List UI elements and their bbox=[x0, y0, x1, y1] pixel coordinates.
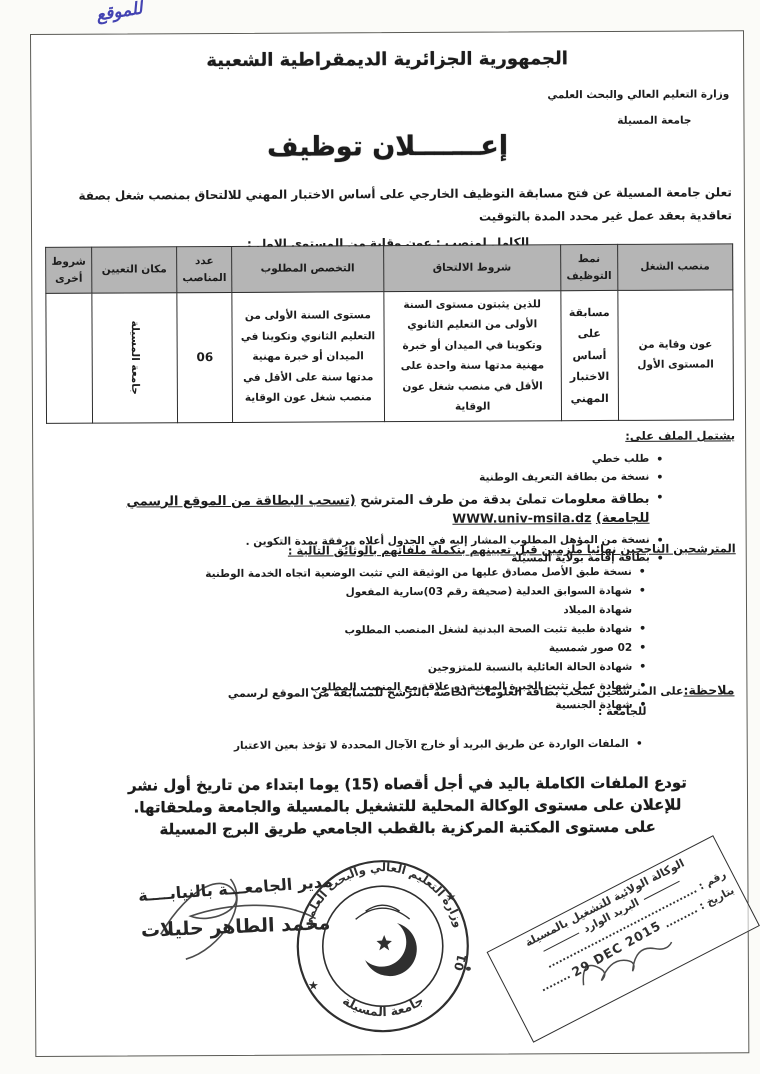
deposit-instructions: تودع الملفات الكاملة باليد في أجل أقصاه … bbox=[125, 773, 690, 841]
table-row: عون وقاية من المستوى الأول مسابقة على أس… bbox=[46, 290, 734, 423]
dossier-section-title: يشتمل الملف على: bbox=[625, 428, 735, 443]
cell-conditions: للذين يثبتون مستوى السنة الأولى من التعل… bbox=[383, 291, 561, 422]
remark-line-2: للجامعة : bbox=[598, 705, 647, 718]
cell-position: عون وقاية من المستوى الأول bbox=[618, 290, 734, 420]
ministry-line: وزارة التعليم العالي والبحث العلمي bbox=[547, 88, 729, 101]
svg-text:جامعة المسيلة: جامعة المسيلة bbox=[340, 992, 426, 1019]
cell-count: 06 bbox=[177, 292, 233, 422]
star-icon: ★ bbox=[445, 890, 456, 904]
list-item: شهادة السوابق العدلية (صحيفة رقم 03)ساري… bbox=[98, 582, 646, 603]
remark-line: ملاحظة:على المترشحين سحب بطاقة العلومات … bbox=[228, 682, 735, 700]
intro-line-1: تعلن جامعة المسيلة عن فتح مسابقة التوظيف… bbox=[44, 181, 732, 230]
star-icon: ★ bbox=[308, 979, 319, 993]
col-header-position: منصب الشغل bbox=[617, 244, 733, 291]
republic-title: الجمهورية الجزائرية الديمقراطية الشعبية bbox=[31, 47, 743, 72]
list-item: شهادة الحالة العائلية بالنسبة للمتزوجين bbox=[98, 658, 646, 679]
remark-label: ملاحظة: bbox=[683, 682, 734, 697]
university-line: جامعة المسيلة bbox=[617, 115, 691, 127]
table-header-row: منصب الشغل نمط التوظيف شروط الالتحاق الت… bbox=[46, 244, 733, 294]
col-header-specialty: التخصص المطلوب bbox=[232, 246, 384, 293]
list-item: نسخة من بطاقة التعريف الوطنية bbox=[98, 469, 663, 489]
remark-bullet-item: الملفات الواردة عن طريق البريد أو خارج ا… bbox=[234, 738, 643, 752]
col-header-mode: نمط التوظيف bbox=[560, 244, 617, 290]
cell-other bbox=[46, 293, 93, 423]
col-header-other: شروط أخرى bbox=[46, 247, 92, 293]
algeria-emblem-icon bbox=[356, 905, 417, 976]
deposit-line-2: للإعلان على مستوى الوكالة المحلية للتشغي… bbox=[125, 794, 690, 819]
university-round-stamp: وزارة التعليم العالي والبحث العلمي جامعة… bbox=[285, 849, 481, 1045]
list-item: 02 صور شمسية bbox=[98, 639, 646, 660]
cell-location: جامعة المسيلة bbox=[92, 293, 178, 423]
scanned-document: للموقع الجمهورية الجزائرية الديمقراطية ا… bbox=[0, 0, 760, 1074]
final-docs-section-title: المترشحين الناجحين نهائيا ملزمين قبل تعي… bbox=[288, 541, 736, 557]
list-item: طلب خطي bbox=[98, 451, 663, 471]
cell-mode: مسابقة على أساس الاختبار المهني bbox=[561, 290, 619, 420]
list-item: شهادة طبية تثبت الصحة البدنية لشغل المنص… bbox=[98, 620, 646, 641]
list-item: نسخة طبق الأصل مصادق عليها من الوثيقة ال… bbox=[98, 563, 646, 584]
col-header-location: مكان التعيين bbox=[92, 247, 177, 293]
cell-specialty: مستوى السنة الأولى من التعليم الثانوي وت… bbox=[232, 292, 384, 423]
col-header-count: عدد المناصب bbox=[177, 246, 232, 292]
university-website-url: WWW.univ-msila.dz bbox=[452, 510, 591, 526]
announcement-title: إعـــــــلان توظيف bbox=[32, 129, 744, 164]
employment-agency-date-stamp: الوكالة الولائية للتشغيل بالمسيلة البريد… bbox=[487, 835, 760, 1043]
deposit-line-3: على مستوى المكتبة المركزية بالقطب الجامع… bbox=[125, 816, 690, 841]
recruitment-table: منصب الشغل نمط التوظيف شروط الالتحاق الت… bbox=[45, 243, 734, 423]
list-item: شهادة الميلاد bbox=[98, 601, 646, 622]
stamp-bottom-text: جامعة المسيلة bbox=[340, 992, 426, 1019]
handwritten-note: للموقع bbox=[95, 0, 144, 26]
col-header-conditions: شروط الالتحاق bbox=[383, 245, 560, 292]
list-item-info-card: بطاقة معلومات تملئ بدقة من طرف المترشح (… bbox=[98, 489, 663, 531]
ink-speck bbox=[466, 967, 471, 971]
list-item: شهادة الجنسية bbox=[98, 696, 646, 717]
document-page: الجمهورية الجزائرية الديمقراطية الشعبية … bbox=[30, 30, 749, 1057]
deposit-line-1: تودع الملفات الكاملة باليد في أجل أقصاه … bbox=[125, 773, 690, 798]
